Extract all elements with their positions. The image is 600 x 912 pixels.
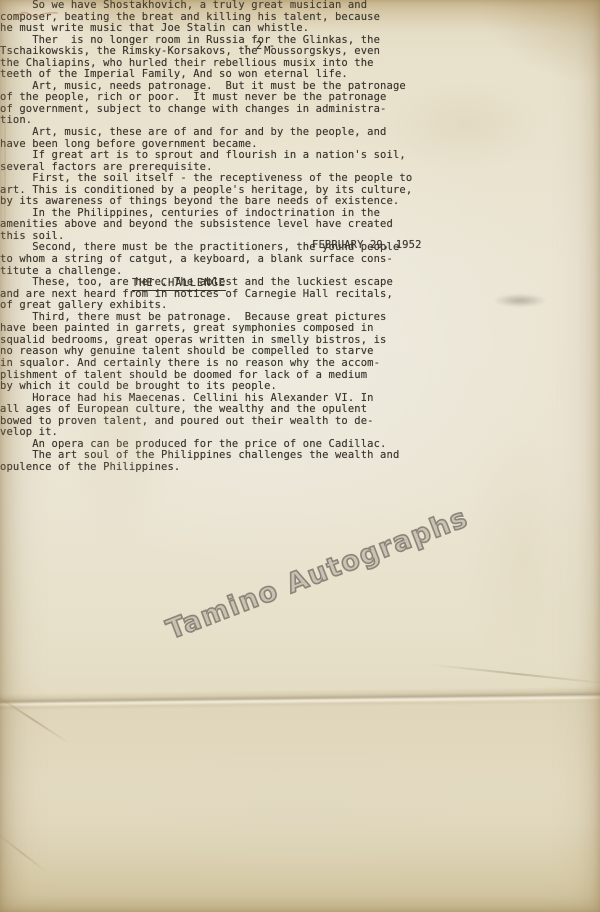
paragraph: Art, music, needs patronage. But it must… [0,81,430,127]
paragraph: First, the soil itself - the receptivene… [0,173,430,208]
paragraph: If great art is to sprout and flourish i… [0,150,430,173]
horizontal-fold-crease [0,686,600,710]
date-line: FEBRUARY 29, 1952 [312,240,452,252]
paper-lower-shading [0,702,600,912]
paragraph: Ther is no longer room in Russia for the… [0,35,430,81]
paragraph: Third, there must be patronage. Because … [0,312,430,393]
paragraph: Art, music, these are of and for and by … [0,127,430,150]
corner-crease [426,663,600,684]
section-heading: THE CHALLENGE [103,266,533,301]
body-text-challenge: If great art is to sprout and flourish i… [0,150,600,473]
body-text-top: So we have Shostakhovich, a truly great … [0,0,600,150]
edge-crease [0,693,71,745]
paragraph: So we have Shostakhovich, a truly great … [0,0,430,35]
paragraph: An opera can be produced for the price o… [0,439,430,474]
paragraph: Horace had his Maecenas. Cellini his Ale… [0,393,430,439]
tamino-autographs-watermark: Tamino Autographs [162,502,472,646]
document-page: - 2 - So we have Shostakhovich, a truly … [0,0,600,912]
paragraph: In the Philippines, centuries of indoctr… [0,208,430,243]
paper-stain [120,740,480,890]
page-number: - 2 - [243,41,303,53]
edge-crease [0,833,48,874]
section-heading-text: THE CHALLENGE [132,277,226,291]
